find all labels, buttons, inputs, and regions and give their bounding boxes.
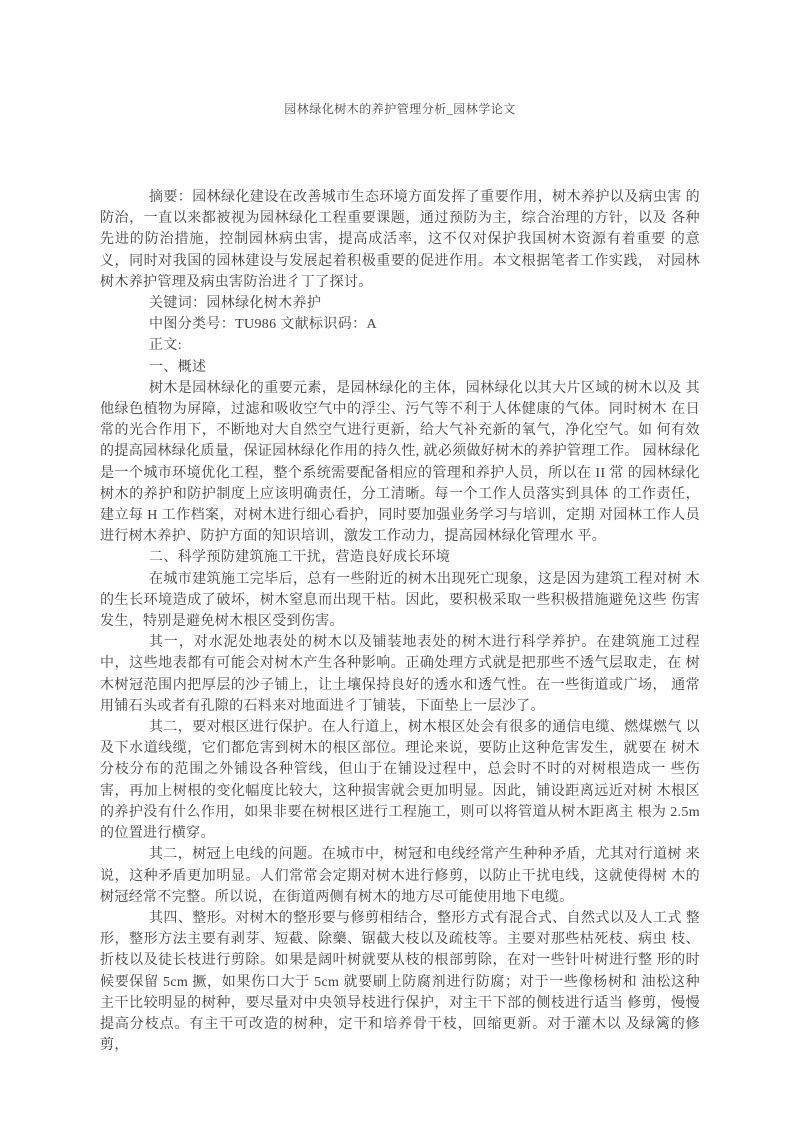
abstract-paragraph: 摘要：园林绿化建设在改善城市生态环境方面发挥了重要作用，树木养护以及病虫害 的防… xyxy=(100,187,700,293)
section-1-heading: 一、概述 xyxy=(100,357,700,378)
point-2-paragraph: 其二，要对根区进行保护。在人行道上，树木根区处会有很多的通信电缆、燃煤燃气 以及… xyxy=(100,717,700,844)
body-label: 正文: xyxy=(100,335,700,356)
section-2-paragraph: 在城市建筑施工完毕后，总有一些附近的树木出现死亡现象，这是因为建筑工程对树 木的… xyxy=(100,569,700,633)
point-3-paragraph: 其二，树冠上电线的问题。在城市中，树冠和电线经常产生种种矛盾，尤其对行道树 来说… xyxy=(100,844,700,908)
document-page: 园林绿化树木的养护管理分析_园林学论文 摘要：园林绿化建设在改善城市生态环境方面… xyxy=(0,0,800,1132)
point-1-paragraph: 其一，对水泥处地表处的树木以及铺装地表处的树木进行科学养护。在建筑施工过程 中，… xyxy=(100,632,700,717)
document-title: 园林绿化树木的养护管理分析_园林学论文 xyxy=(100,101,700,117)
keywords-line: 关键词：园林绿化树木养护 xyxy=(100,293,700,314)
point-4-paragraph: 其四、整形。对树木的整形要与修剪相结合，整形方式有混合式、自然式以及人工式 整形… xyxy=(100,908,700,1056)
section-1-paragraph: 树木是园林绿化的重要元素，是园林绿化的主体，园林绿化以其大片区域的树木以及 其他… xyxy=(100,378,700,548)
document-body: 摘要：园林绿化建设在改善城市生态环境方面发挥了重要作用，树木养护以及病虫害 的防… xyxy=(100,187,700,1056)
clc-number-line: 中图分类号：TU986 文献标识码：A xyxy=(100,314,700,335)
section-2-heading: 二、科学预防建筑施工干扰，营造良好成长环境 xyxy=(100,547,700,568)
